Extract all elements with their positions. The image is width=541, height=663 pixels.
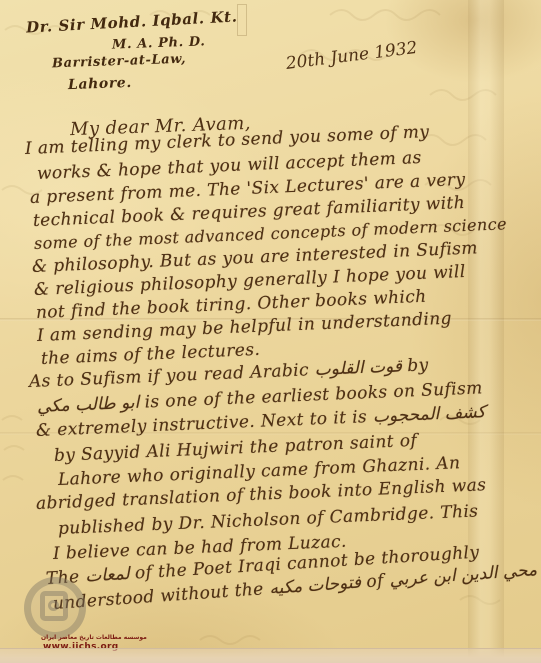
scan-edge-strip — [0, 648, 541, 663]
letterhead-profession: Barrister-at-Law, — [52, 52, 187, 72]
pencil-mark — [237, 4, 247, 36]
watermark-caption: موسسه مطالعات تاريخ معاصر ايران — [41, 634, 147, 641]
iichs-logo-icon — [24, 577, 86, 639]
letterhead-degrees: M. A. Ph. D. — [112, 34, 206, 52]
letter-page: Dr. Sir Mohd. Iqbal. Kt. M. A. Ph. D. Ba… — [0, 0, 541, 663]
logo-dot-shape — [48, 600, 59, 611]
letter-date: 20th June 1932 — [285, 38, 419, 74]
letterhead-city: Lahore. — [68, 75, 132, 93]
letterhead-name: Dr. Sir Mohd. Iqbal. Kt. — [26, 7, 238, 36]
